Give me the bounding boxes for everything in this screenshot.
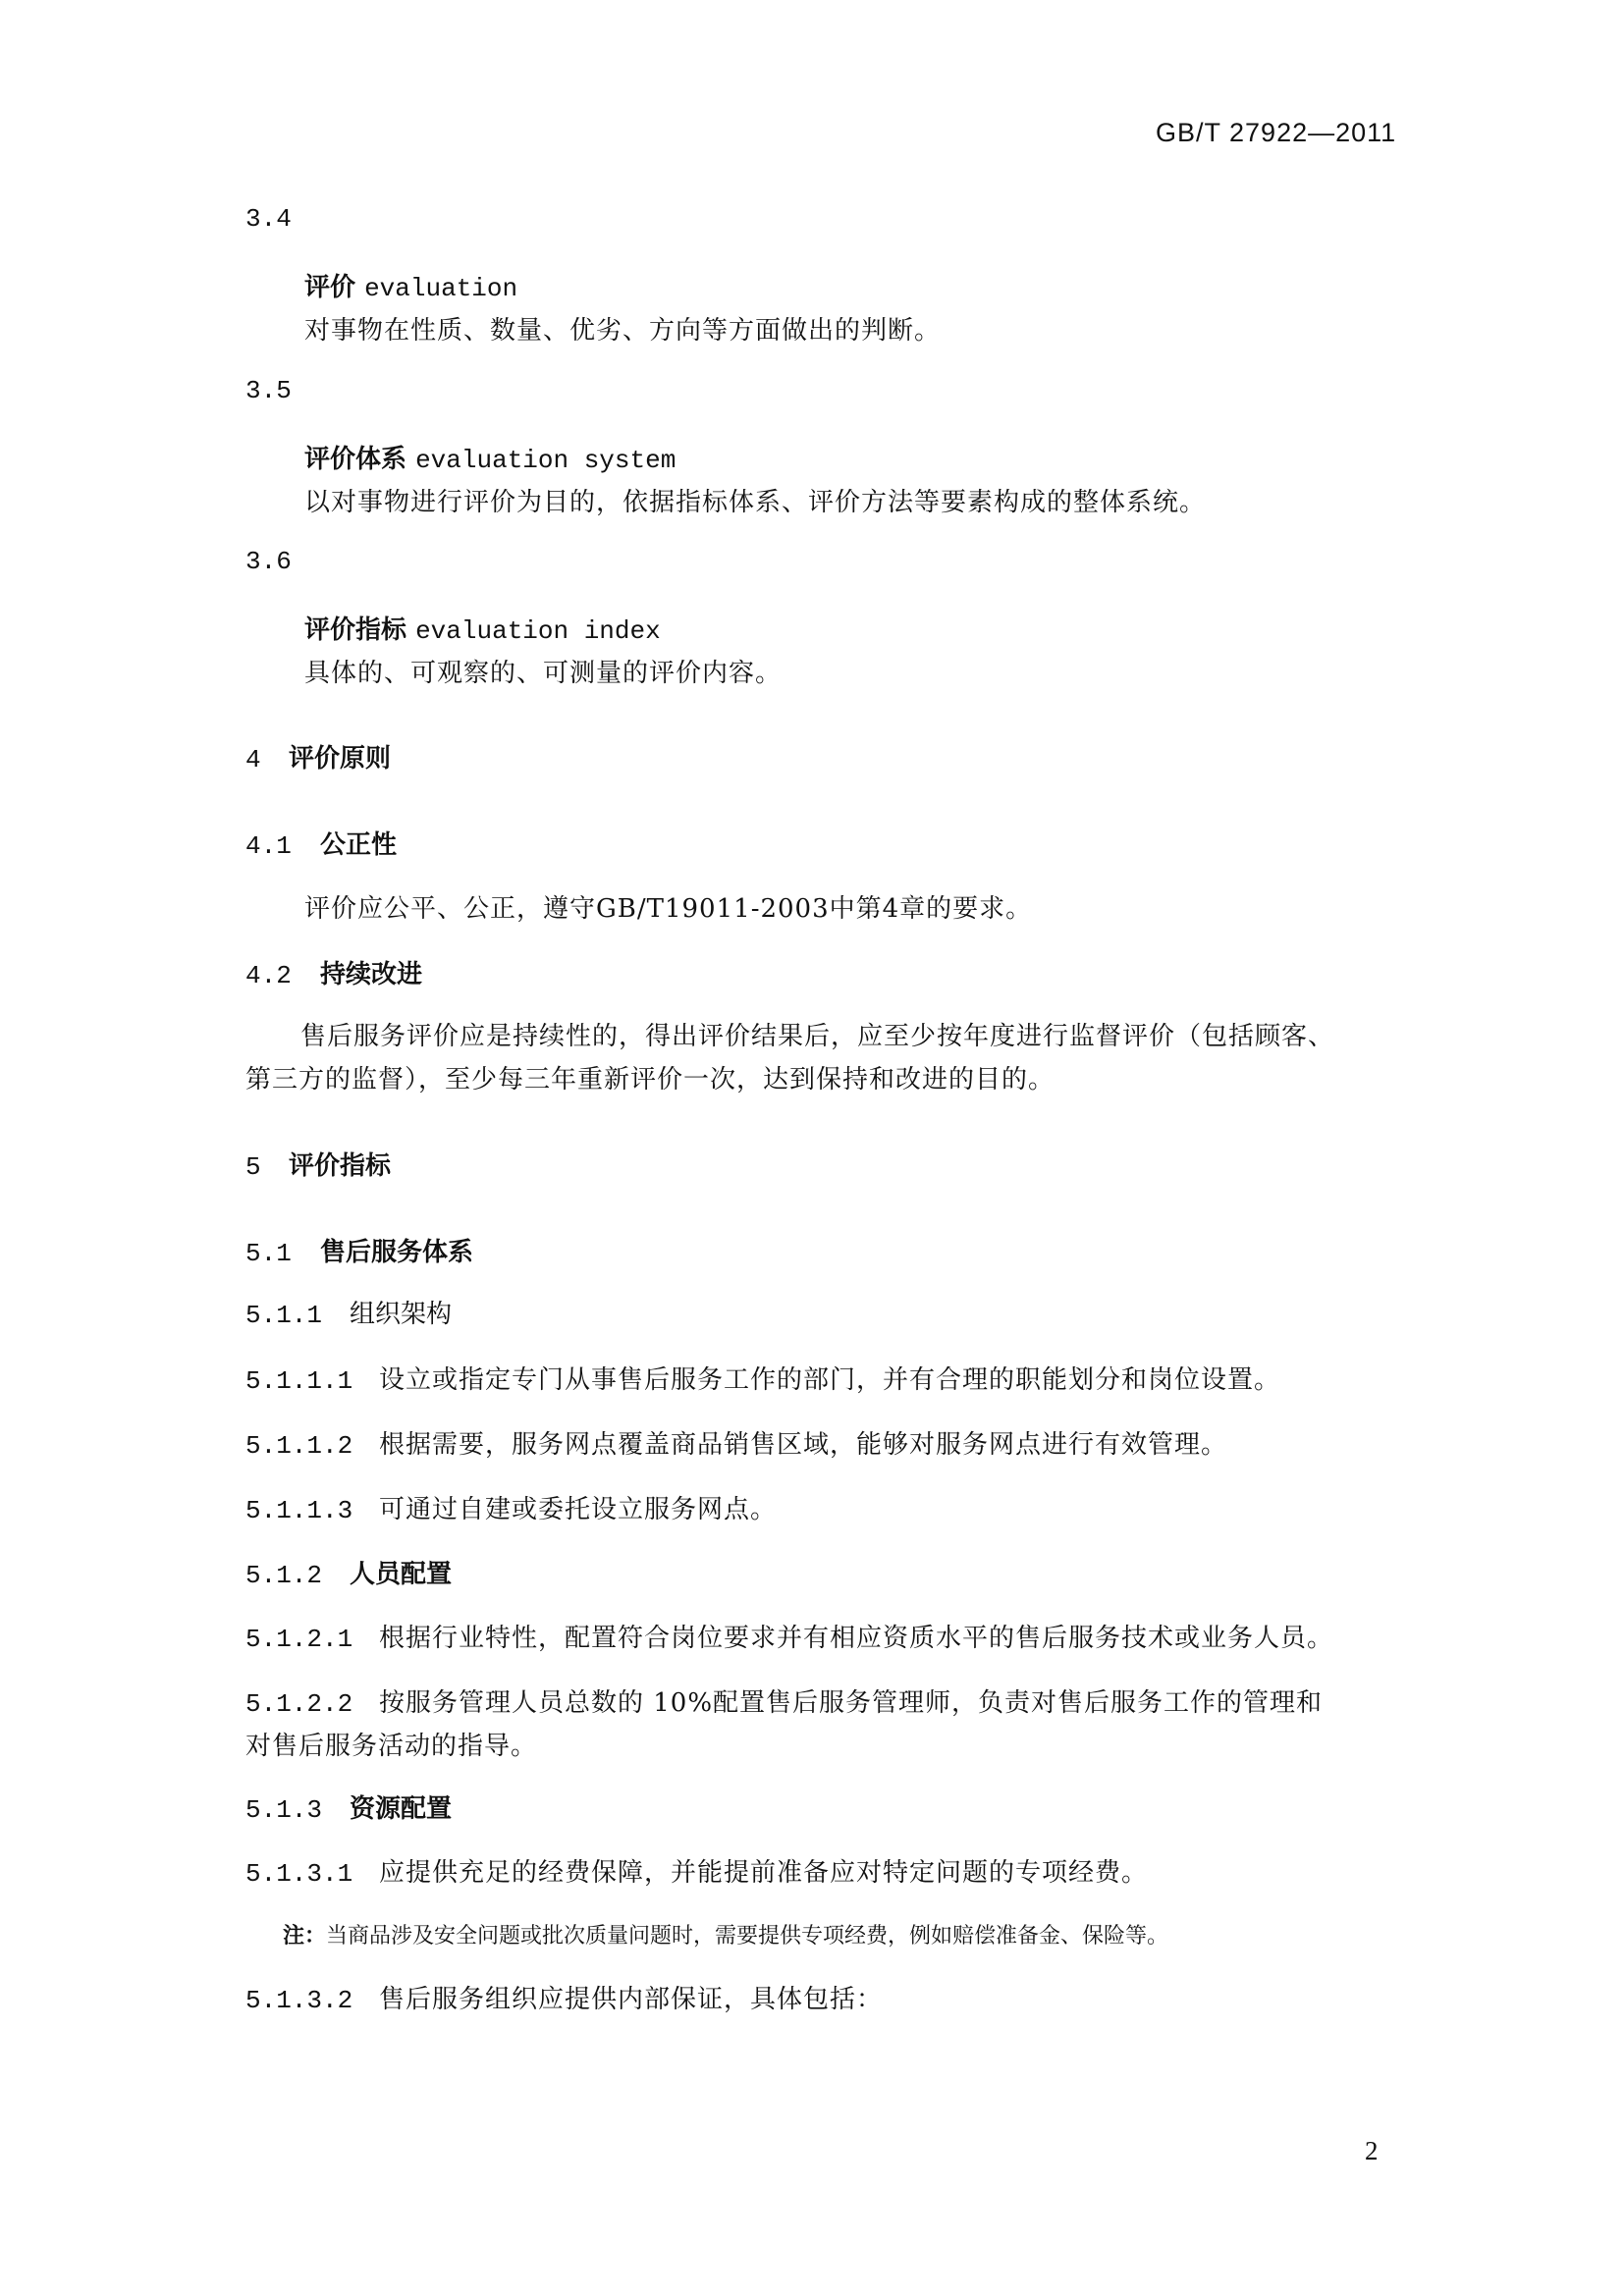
term-zh: 评价指标	[304, 615, 406, 645]
term-zh: 评价体系	[304, 445, 406, 474]
section-number: 4	[245, 745, 289, 774]
paragraph-line: 售后服务评价应是持续性的，得出评价结果后，应至少按年度进行监督评价（包括顾客、	[300, 1016, 1334, 1052]
term-en: evaluation system	[415, 446, 676, 475]
subsubsection-title: 资源配置	[350, 1794, 452, 1824]
clause-number: 5.1.1.2	[245, 1431, 379, 1461]
clause-number: 5.1.2.1	[245, 1625, 379, 1654]
section-title: 评价原则	[289, 744, 391, 774]
subsection-title: 售后服务体系	[320, 1238, 473, 1267]
clause-item: 5.1.3.2售后服务组织应提供内部保证，具体包括：	[245, 1979, 883, 2015]
clause-number: 3.6	[245, 547, 292, 576]
term-en: evaluation	[364, 274, 517, 303]
clause-item: 5.1.2.2按服务管理人员总数的 10%配置售后服务管理师，负责对售后服务工作…	[245, 1682, 1323, 1719]
subsection-number: 5.1	[245, 1239, 320, 1268]
subsection-heading: 4.1公正性	[245, 825, 397, 861]
clause-item: 5.1.1.2根据需要，服务网点覆盖商品销售区域，能够对服务网点进行有效管理。	[245, 1424, 1227, 1461]
subsubsection-heading: 5.1.2人员配置	[245, 1554, 452, 1590]
clause-text: 设立或指定专门从事售后服务工作的部门，并有合理的职能划分和岗位设置。	[379, 1365, 1280, 1395]
clause-text: 根据行业特性，配置符合岗位要求并有相应资质水平的售后服务技术或业务人员。	[379, 1624, 1333, 1653]
term-en: evaluation index	[415, 616, 661, 646]
subsubsection-heading: 5.1.1组织架构	[245, 1294, 452, 1330]
subsubsection-number: 5.1.3	[245, 1795, 350, 1825]
clause-number: 5.1.3.1	[245, 1859, 379, 1889]
subsection-title: 公正性	[320, 830, 397, 860]
term-definition: 以对事物进行评价为目的，依据指标体系、评价方法等要素构成的整体系统。	[304, 482, 1206, 518]
standard-number: GB/T 27922—2011	[1156, 118, 1396, 148]
subsubsection-heading: 5.1.3资源配置	[245, 1789, 452, 1825]
clause-item: 5.1.3.1应提供充足的经费保障，并能提前准备应对特定问题的专项经费。	[245, 1852, 1148, 1889]
term-zh: 评价	[304, 273, 355, 302]
subsection-heading: 5.1售后服务体系	[245, 1232, 473, 1268]
section-heading: 4评价原则	[245, 738, 391, 774]
subsubsection-number: 5.1.2	[245, 1561, 350, 1590]
term-definition: 对事物在性质、数量、优劣、方向等方面做出的判断。	[304, 310, 941, 347]
note-label: 注：	[283, 1924, 326, 1949]
clause-item: 5.1.1.3可通过自建或委托设立服务网点。	[245, 1489, 777, 1525]
clause-number: 5.1.1.1	[245, 1366, 379, 1396]
section-title: 评价指标	[289, 1151, 391, 1181]
term-heading: 评价 evaluation	[304, 267, 517, 303]
subsection-number: 4.2	[245, 961, 320, 990]
clause-item: 5.1.2.1根据行业特性，配置符合岗位要求并有相应资质水平的售后服务技术或业务…	[245, 1618, 1333, 1654]
subsection-number: 4.1	[245, 831, 320, 861]
clause-text-continuation: 对售后服务活动的指导。	[245, 1726, 537, 1762]
paragraph-line: 第三方的监督），至少每三年重新评价一次，达到保持和改进的目的。	[245, 1059, 1055, 1095]
section-number: 5	[245, 1152, 289, 1182]
subsubsection-title: 组织架构	[350, 1300, 452, 1329]
clause-text: 可通过自建或委托设立服务网点。	[379, 1495, 777, 1524]
clause-number: 3.5	[245, 376, 292, 405]
clause-number: 5.1.1.3	[245, 1496, 379, 1525]
clause-number: 5.1.3.2	[245, 1986, 379, 2015]
clause-text: 售后服务组织应提供内部保证，具体包括：	[379, 1985, 883, 2014]
note: 注：当商品涉及安全问题或批次质量问题时，需要提供专项经费，例如赔偿准备金、保险等…	[283, 1919, 1168, 1949]
subsection-title: 持续改进	[320, 960, 422, 989]
paragraph: 评价应公平、公正，遵守GB/T19011-2003中第4章的要求。	[304, 888, 1032, 925]
subsubsection-number: 5.1.1	[245, 1301, 350, 1330]
subsubsection-title: 人员配置	[350, 1560, 452, 1589]
clause-item: 5.1.1.1设立或指定专门从事售后服务工作的部门，并有合理的职能划分和岗位设置…	[245, 1360, 1280, 1396]
note-text: 当商品涉及安全问题或批次质量问题时，需要提供专项经费，例如赔偿准备金、保险等。	[326, 1924, 1168, 1949]
subsection-heading: 4.2持续改进	[245, 954, 422, 990]
term-heading: 评价体系 evaluation system	[304, 439, 676, 475]
clause-text: 根据需要，服务网点覆盖商品销售区域，能够对服务网点进行有效管理。	[379, 1430, 1227, 1460]
term-heading: 评价指标 evaluation index	[304, 610, 661, 646]
page-number: 2	[1365, 2136, 1379, 2166]
clause-number: 5.1.2.2	[245, 1689, 379, 1719]
section-heading: 5评价指标	[245, 1146, 391, 1182]
term-definition: 具体的、可观察的、可测量的评价内容。	[304, 653, 782, 689]
clause-text: 应提供充足的经费保障，并能提前准备应对特定问题的专项经费。	[379, 1858, 1148, 1888]
clause-number: 3.4	[245, 204, 292, 234]
clause-text: 按服务管理人员总数的 10%配置售后服务管理师，负责对售后服务工作的管理和	[379, 1688, 1323, 1718]
